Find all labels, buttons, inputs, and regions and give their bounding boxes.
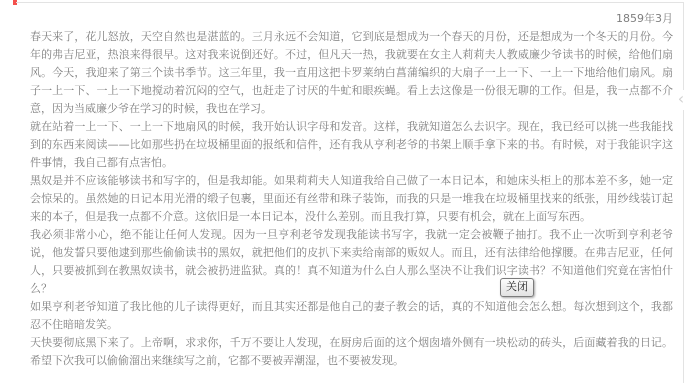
- diary-paragraph: 天快要彻底黑下来了。上帝啊，求求你，千万不要让人发现，在厨房后面的这个烟囱墙外侧…: [30, 334, 673, 370]
- diary-paragraph: 黑奴是并不应该能够读书和写字的，但是我却能。如果莉莉夫人知道我给自己做了一本日记…: [30, 172, 673, 226]
- diary-date: 1859年3月: [30, 10, 673, 28]
- diary-page: 1859年3月 春天来了，花儿怒放，天空自然也是湛蓝的。三月永远不会知道，它到底…: [30, 10, 673, 370]
- panel-top-border: [16, 2, 684, 3]
- diary-paragraph: 春天来了，花儿怒放，天空自然也是湛蓝的。三月永远不会知道，它到底是想成为一个春天…: [30, 28, 673, 118]
- panel-right-border: [683, 2, 684, 383]
- diary-paragraph: 我必须非常小心，绝不能让任何人发现。因为一旦亨利老爷发现我能读书写字，我就一定会…: [30, 226, 673, 298]
- chevron-left-icon[interactable]: ‹: [675, 90, 687, 110]
- diary-paragraph: 如果亨利老爷知道了我比他的儿子读得更好，而且其实还都是他自己的妻子教会的话，真的…: [30, 298, 673, 334]
- diary-paragraph: 就在站着一上一下、一上一下地扇风的时候，我开始认识字母和发音。这样，我就知道怎么…: [30, 118, 673, 172]
- close-button[interactable]: 关闭: [500, 278, 534, 297]
